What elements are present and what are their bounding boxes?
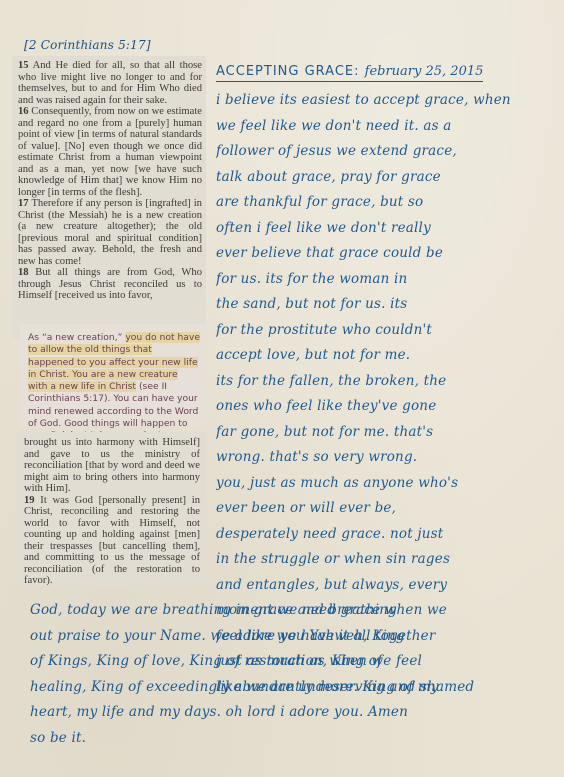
study-note-plain-start: As “a new creation,” — [28, 332, 125, 343]
journal-page: [2 Corinthians 5:17] 15 And He died for … — [0, 0, 564, 777]
journal-line: ones who feel like they've gone — [216, 398, 554, 424]
verse-block: 19 It was God [personally present] in Ch… — [24, 495, 200, 587]
prayer-line: of Kings, King of love, King of restorat… — [30, 653, 550, 679]
journal-line: desperately need grace. not just — [216, 526, 554, 552]
verse-number: 18 — [18, 267, 29, 278]
journal-line: ever believe that grace could be — [216, 245, 554, 271]
journal-line: its for the fallen, the broken, the — [216, 373, 554, 399]
study-note-text: As “a new creation,” you do not have to … — [28, 332, 200, 443]
journal-line: wrong. that's so very wrong. — [216, 449, 554, 475]
prayer-line: God, today we are breathing in grace and… — [30, 602, 550, 628]
scripture-clipping-top: 15 And He died for all, so that all thos… — [12, 56, 206, 338]
verse-text: It was God [personally present] in Chris… — [24, 495, 200, 587]
journal-title: ACCEPTING GRACE: february 25, 2015 — [216, 64, 483, 82]
journal-line: we feel like we don't need it. as a — [216, 118, 554, 144]
prayer-line: so be it. — [30, 730, 550, 756]
verse-text: And He died for all, so that all those w… — [18, 60, 202, 106]
prayer-entry: God, today we are breathing in grace and… — [30, 602, 550, 755]
verse-number: 15 — [18, 60, 29, 71]
prayer-line: out praise to your Name. we adore you Ya… — [30, 628, 550, 654]
journal-line: i believe its easiest to accept grace, w… — [216, 92, 554, 118]
journal-title-text: ACCEPTING GRACE: — [216, 64, 360, 79]
scripture-clipping-bottom: brought us into harmony with Himself] an… — [18, 432, 206, 586]
verse-text: Therefore if any person is [ingrafted] i… — [18, 198, 202, 267]
journal-date: february 25, 2015 — [365, 64, 484, 79]
verse-text: But all things are from God, Who through… — [18, 267, 202, 301]
journal-line: for the prostitute who couldn't — [216, 322, 554, 348]
journal-line: often i feel like we don't really — [216, 220, 554, 246]
journal-line: far gone, but not for me. that's — [216, 424, 554, 450]
verse-block: 17 Therefore if any person is [ingrafted… — [18, 198, 202, 267]
prayer-line: heart, my life and my days. oh lord i ad… — [30, 704, 550, 730]
journal-line: you, just as much as anyone who's — [216, 475, 554, 501]
journal-line: in the struggle or when sin rages — [216, 551, 554, 577]
verse-block: 16 Consequently, from now on we estimate… — [18, 106, 202, 198]
verse-number: 17 — [18, 198, 29, 209]
journal-line: for us. its for the woman in — [216, 271, 554, 297]
journal-line: accept love, but not for me. — [216, 347, 554, 373]
scripture-reference-label: [2 Corinthians 5:17] — [24, 38, 151, 52]
verse-number: 16 — [18, 106, 29, 117]
journal-line: talk about grace, pray for grace — [216, 169, 554, 195]
prayer-line: healing, King of exceedingly abundantly … — [30, 679, 550, 705]
journal-line: the sand, but not for us. its — [216, 296, 554, 322]
verse-number: 19 — [24, 495, 35, 506]
journal-line: ever been or will ever be, — [216, 500, 554, 526]
verse-text: brought us into harmony with Himself] an… — [24, 437, 200, 494]
study-note-clipping: As “a new creation,” you do not have to … — [20, 324, 206, 426]
journal-line: are thankful for grace, but so — [216, 194, 554, 220]
journal-line: follower of jesus we extend grace, — [216, 143, 554, 169]
verse-block: 18 But all things are from God, Who thro… — [18, 267, 202, 302]
journal-line: and entangles, but always, every — [216, 577, 554, 603]
verse-text: Consequently, from now on we estimate an… — [18, 106, 202, 198]
verse-block: 15 And He died for all, so that all thos… — [18, 60, 202, 106]
verse-block: brought us into harmony with Himself] an… — [24, 437, 200, 495]
